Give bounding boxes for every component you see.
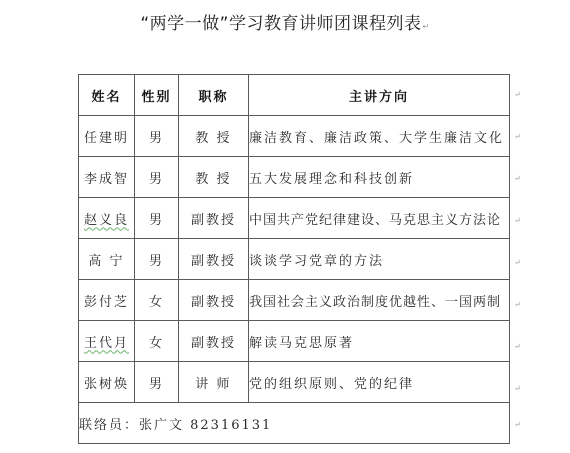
document-title: “两学一做”学习教育讲师团课程列表↵ bbox=[0, 9, 570, 34]
cell-gender: 男 bbox=[135, 362, 179, 403]
cell-name: 赵义良 bbox=[79, 198, 135, 239]
cell-gender: 男 bbox=[135, 157, 179, 198]
table-row: 王代月 女 副教授 解读马克思原著 bbox=[79, 321, 510, 362]
cell-title: 副教授 bbox=[179, 321, 249, 362]
cell-name-text: 王代月 bbox=[84, 336, 129, 351]
header-topic: 主讲方向 bbox=[249, 75, 510, 116]
cell-name: 彭付芝 bbox=[79, 280, 135, 321]
cell-topic: 党的组织原则、党的纪律 bbox=[249, 362, 510, 403]
cell-title: 教 授 bbox=[179, 116, 249, 157]
cell-gender: 男 bbox=[135, 116, 179, 157]
table-row: 赵义良 男 副教授 中国共产党纪律建设、马克思主义方法论 bbox=[79, 198, 510, 239]
paragraph-mark-icon: ↵ bbox=[514, 420, 521, 429]
paragraph-mark-icon: ↵ bbox=[514, 384, 521, 393]
paragraph-mark-icon: ↵ bbox=[514, 174, 521, 183]
contact-cell: 联络员：张广文 82316131 bbox=[79, 403, 510, 444]
cell-topic: 廉洁教育、廉洁政策、大学生廉洁文化 bbox=[249, 116, 510, 157]
cell-name-text: 赵义良 bbox=[84, 213, 129, 228]
paragraph-mark-icon: ↵ bbox=[514, 342, 521, 351]
paragraph-mark-icon: ↵ bbox=[514, 258, 521, 267]
table-row: 张树焕 男 讲 师 党的组织原则、党的纪律 bbox=[79, 362, 510, 403]
cell-title: 副教授 bbox=[179, 239, 249, 280]
table-row: 彭付芝 女 副教授 我国社会主义政治制度优越性、一国两制 bbox=[79, 280, 510, 321]
cell-gender: 男 bbox=[135, 198, 179, 239]
table-row: 高 宁 男 副教授 谈谈学习党章的方法 bbox=[79, 239, 510, 280]
table-row: 任建明 男 教 授 廉洁教育、廉洁政策、大学生廉洁文化 bbox=[79, 116, 510, 157]
cell-title: 副教授 bbox=[179, 198, 249, 239]
paragraph-mark-icon: ↵ bbox=[514, 132, 521, 141]
cell-topic: 解读马克思原著 bbox=[249, 321, 510, 362]
paragraph-mark-icon: ↵ bbox=[422, 22, 429, 31]
header-gender: 性别 bbox=[135, 75, 179, 116]
course-table: 姓名 性别 职称 主讲方向 任建明 男 教 授 廉洁教育、廉洁政策、大学生廉洁文… bbox=[78, 74, 510, 444]
cell-title: 教 授 bbox=[179, 157, 249, 198]
cell-topic: 我国社会主义政治制度优越性、一国两制 bbox=[249, 280, 510, 321]
table-header-row: 姓名 性别 职称 主讲方向 bbox=[79, 75, 510, 116]
cell-topic: 谈谈学习党章的方法 bbox=[249, 239, 510, 280]
cell-gender: 女 bbox=[135, 280, 179, 321]
paragraph-mark-icon: ↵ bbox=[514, 300, 521, 309]
cell-gender: 男 bbox=[135, 239, 179, 280]
cell-gender: 女 bbox=[135, 321, 179, 362]
cell-name: 高 宁 bbox=[79, 239, 135, 280]
cell-name: 任建明 bbox=[79, 116, 135, 157]
document-title-text: “两学一做”学习教育讲师团课程列表 bbox=[140, 14, 421, 34]
table-row: 李成智 男 教 授 五大发展理念和科技创新 bbox=[79, 157, 510, 198]
cell-title: 副教授 bbox=[179, 280, 249, 321]
paragraph-mark-icon: ↵ bbox=[514, 216, 521, 225]
paragraph-mark-icon: ↵ bbox=[514, 90, 521, 99]
header-name: 姓名 bbox=[79, 75, 135, 116]
cell-topic: 五大发展理念和科技创新 bbox=[249, 157, 510, 198]
header-title: 职称 bbox=[179, 75, 249, 116]
cell-title: 讲 师 bbox=[179, 362, 249, 403]
cell-name: 王代月 bbox=[79, 321, 135, 362]
cell-name: 李成智 bbox=[79, 157, 135, 198]
cell-name: 张树焕 bbox=[79, 362, 135, 403]
contact-row: 联络员：张广文 82316131 bbox=[79, 403, 510, 444]
cell-topic: 中国共产党纪律建设、马克思主义方法论 bbox=[249, 198, 510, 239]
